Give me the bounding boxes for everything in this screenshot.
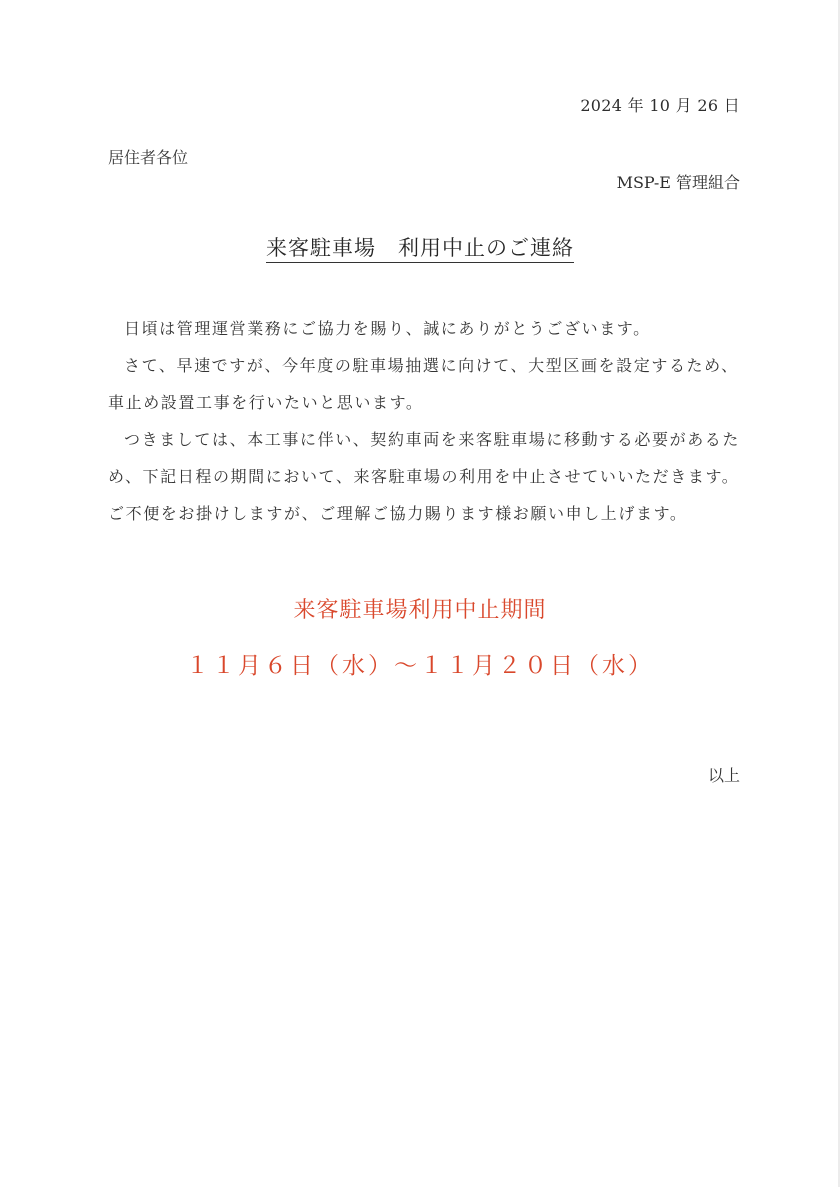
- body-paragraph-apology: ご不便をお掛けしますが、ご理解ご協力賜ります様お願い申し上げます。: [108, 495, 748, 532]
- body-paragraph-suspension: つきましては、本工事に伴い、契約車両を来客駐車場に移動する必要があるため、下記日…: [108, 421, 748, 495]
- addressee: 居住者各位: [108, 145, 188, 168]
- document-title: 来客駐車場 利用中止のご連絡: [0, 232, 840, 262]
- document-title-text: 来客駐車場 利用中止のご連絡: [266, 236, 574, 263]
- body-paragraph-greeting: 日頃は管理運営業務にご協力を賜り、誠にありがとうございます。: [108, 310, 748, 347]
- closing-mark: 以上: [708, 763, 740, 786]
- document-date: 2024 年 10 月 26 日: [580, 93, 740, 116]
- suspension-period-heading: 来客駐車場利用中止期間: [0, 593, 840, 624]
- body-paragraph-construction: さて、早速ですが、今年度の駐車場抽選に向けて、大型区画を設定するため、車止め設置…: [108, 347, 748, 421]
- body-text: 日頃は管理運営業務にご協力を賜り、誠にありがとうございます。 さて、早速ですが、…: [108, 310, 748, 532]
- suspension-period-dates: １１月６日（水）～１１月２０日（水）: [0, 647, 840, 680]
- notice-page: 2024 年 10 月 26 日 居住者各位 MSP-E 管理組合 来客駐車場 …: [0, 0, 840, 1187]
- sender: MSP-E 管理組合: [617, 170, 740, 193]
